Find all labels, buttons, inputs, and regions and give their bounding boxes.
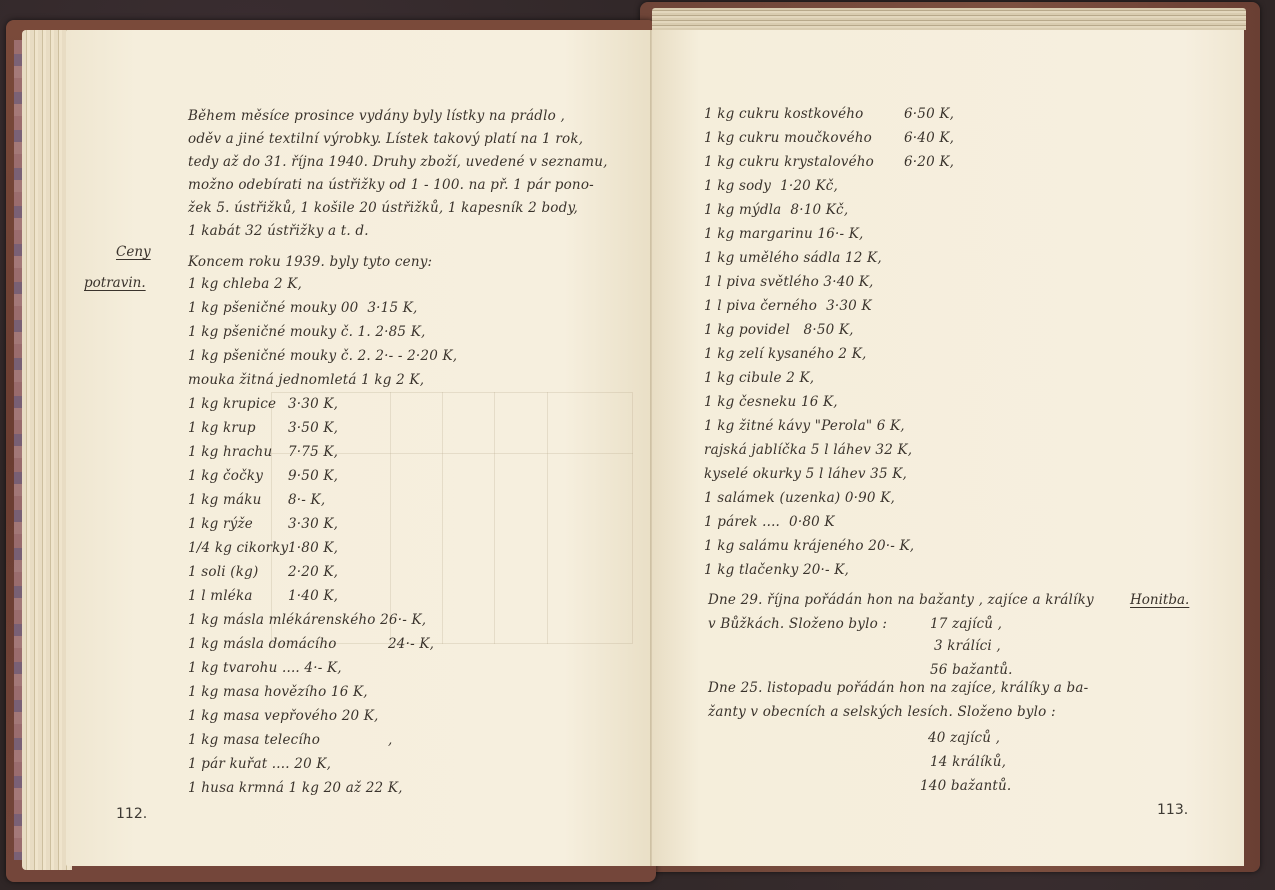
price-value: 1·80 K, — [288, 540, 338, 556]
price-item: 1 soli (kg) — [188, 564, 258, 580]
intro-line: oděv a jiné textilní výrobky. Lístek tak… — [188, 131, 583, 147]
price-item: 1 kg česneku — [704, 394, 796, 410]
price-value: 20 až 22 K, — [324, 780, 403, 796]
price-value: 12 K, — [845, 250, 882, 266]
page-stack-top-edges — [652, 8, 1246, 30]
price-value: 8·- K, — [288, 492, 325, 508]
price-value: 24·- K, — [388, 636, 434, 652]
price-item: 1 l mléka — [188, 588, 253, 604]
price-item: 1 kg cibule — [704, 370, 782, 386]
price-item: 1 kg pšeničné mouky č. 2. — [188, 348, 371, 364]
price-value: 16 K, — [331, 684, 368, 700]
price-item: 1 salámek (uzenka) — [704, 490, 840, 506]
price-value: 7·75 K, — [288, 444, 338, 460]
price-value: 20·- K, — [803, 562, 849, 578]
price-item: 1 kg salámu krájeného — [704, 538, 864, 554]
price-value: 3·40 K, — [823, 274, 873, 290]
left-price-list: 1 kg chleba 2 K, 1 kg pšeničné mouky 00 … — [188, 276, 648, 796]
price-item: 1 kg žitné kávy "Perola" — [704, 418, 872, 434]
price-item: 1 kg másla domácího — [188, 636, 337, 652]
price-item: 1 kg krupice — [188, 396, 276, 412]
price-item: 1 husa krmná 1 kg — [188, 780, 319, 796]
hunt-2-entry: Dne 25. listopadu pořádán hon na zajíce,… — [708, 680, 1228, 800]
hunt-1-line: v Bůžkách. Složeno bylo : — [708, 616, 887, 632]
price-value: 3·15 K, — [367, 300, 417, 316]
price-value: 1·40 K, — [288, 588, 338, 604]
price-item: 1 kg pšeničné mouky č. 1. — [188, 324, 371, 340]
margin-heading-potravin: potravin. — [84, 275, 146, 291]
prices-intro: Koncem roku 1939. byly tyto ceny: — [188, 254, 432, 270]
page-stack-edges — [22, 30, 72, 870]
price-item: 1 l piva světlého — [704, 274, 819, 290]
hunt-1-tally: 3 králíci , — [934, 638, 1001, 654]
price-value: 16 K, — [801, 394, 838, 410]
price-value: 2·85 K, — [375, 324, 425, 340]
intro-line: Během měsíce prosince vydány byly lístky… — [188, 108, 565, 124]
hunt-2-tally: 40 zajíců , — [928, 730, 1000, 746]
price-item: 1 kg margarinu — [704, 226, 813, 242]
price-value: 20 K, — [342, 708, 379, 724]
price-item: 1 kg umělého sádla — [704, 250, 840, 266]
price-item: 1/4 kg cikorky — [188, 540, 288, 556]
price-item: 1 kg rýže — [188, 516, 253, 532]
hunt-2-line: žanty v obecních a selských lesích. Slož… — [708, 704, 1056, 720]
price-value: 0·80 K — [789, 514, 835, 530]
price-item: 1 kg cukru kostkového — [704, 106, 863, 122]
hunt-1-tally: 56 bažantů. — [930, 662, 1013, 678]
price-item: 1 kg mýdla — [704, 202, 781, 218]
price-value: 8·10 Kč, — [790, 202, 848, 218]
price-value: 3·50 K, — [288, 420, 338, 436]
price-item: 1 kg pšeničné mouky 00 — [188, 300, 358, 316]
intro-line: tedy až do 31. října 1940. Druhy zboží, … — [188, 154, 608, 170]
price-item: 1 l piva černého — [704, 298, 817, 314]
price-item: rajská jablíčka 5 l láhev — [704, 442, 871, 458]
price-value: 20 K, — [294, 756, 331, 772]
price-item: 1 kg krup — [188, 420, 256, 436]
hunt-2-tally: 14 králíků, — [930, 754, 1006, 770]
price-value: 3·30 K — [826, 298, 872, 314]
price-value: 2 K, — [786, 370, 814, 386]
price-item: 1 kg masa vepřového — [188, 708, 337, 724]
price-item: 1 kg máku — [188, 492, 262, 508]
page-number-right: 113. — [1157, 802, 1188, 818]
price-item: 1 kg masa telecího — [188, 732, 320, 748]
price-value: 16·- K, — [817, 226, 863, 242]
price-value: 9·50 K, — [288, 468, 338, 484]
price-item: 1 pár kuřat .... — [188, 756, 290, 772]
price-item: 1 kg cukru krystalového — [704, 154, 874, 170]
price-item: 1 kg zelí kysaného — [704, 346, 834, 362]
price-value: 3·30 K, — [288, 516, 338, 532]
price-value: 35 K, — [870, 466, 907, 482]
price-item: 1 kg povidel — [704, 322, 790, 338]
price-item: mouka žitná jednomletá 1 kg — [188, 372, 392, 388]
hunt-2-line: Dne 25. listopadu pořádán hon na zajíce,… — [708, 680, 1088, 696]
margin-heading-ceny: Ceny — [116, 244, 151, 260]
price-item: 1 kg čočky — [188, 468, 263, 484]
price-item: kyselé okurky 5 l láhev — [704, 466, 866, 482]
price-value: 3·30 K, — [288, 396, 338, 412]
price-value: 0·90 K, — [845, 490, 895, 506]
page-number-left: 112. — [116, 806, 147, 822]
price-value: 2 K, — [396, 372, 424, 388]
price-value: 6·40 K, — [904, 130, 954, 146]
right-price-list: 1 kg cukru kostkového6·50 K, 1 kg cukru … — [704, 106, 1204, 586]
price-value: 6 K, — [877, 418, 905, 434]
price-value: 4·- K, — [304, 660, 341, 676]
price-item: 1 kg sody — [704, 178, 771, 194]
price-item: 1 kg cukru moučkového — [704, 130, 872, 146]
price-item: 1 kg hrachu — [188, 444, 272, 460]
price-value: 6·50 K, — [904, 106, 954, 122]
price-item: 1 kg masa hovězího — [188, 684, 326, 700]
price-item: 1 kg chleba — [188, 276, 269, 292]
hunt-2-tally: 140 bažantů. — [920, 778, 1011, 794]
margin-heading-honitba: Honitba. — [1130, 592, 1189, 608]
price-value: 2·- - 2·20 K, — [375, 348, 457, 364]
price-value: 2 K, — [274, 276, 302, 292]
intro-line: žek 5. ústřižků, 1 košile 20 ústřižků, 1… — [188, 200, 578, 216]
price-value: 26·- K, — [380, 612, 426, 628]
price-value: , — [388, 732, 393, 748]
hunt-1-tally: 17 zajíců , — [930, 616, 1002, 632]
price-value: 20·- K, — [868, 538, 914, 554]
price-value: 6·20 K, — [904, 154, 954, 170]
price-value: 8·50 K, — [804, 322, 854, 338]
price-item: 1 párek .... — [704, 514, 780, 530]
price-value: 1·20 Kč, — [780, 178, 838, 194]
price-item: 1 kg tlačenky — [704, 562, 798, 578]
price-item: 1 kg tvarohu .... — [188, 660, 300, 676]
price-value: 32 K, — [875, 442, 912, 458]
price-value: 2 K, — [838, 346, 866, 362]
left-page: Během měsíce prosince vydány byly lístky… — [66, 30, 652, 866]
intro-line: možno odebírati na ústřižky od 1 - 100. … — [188, 177, 594, 193]
hunt-1-line: Dne 29. října pořádán hon na bažanty , z… — [708, 592, 1094, 608]
price-item: 1 kg másla mlékárenského — [188, 612, 376, 628]
right-page: 1 kg cukru kostkového6·50 K, 1 kg cukru … — [652, 30, 1244, 866]
price-value: 2·20 K, — [288, 564, 338, 580]
intro-line: 1 kabát 32 ústřižky a t. d. — [188, 223, 369, 239]
